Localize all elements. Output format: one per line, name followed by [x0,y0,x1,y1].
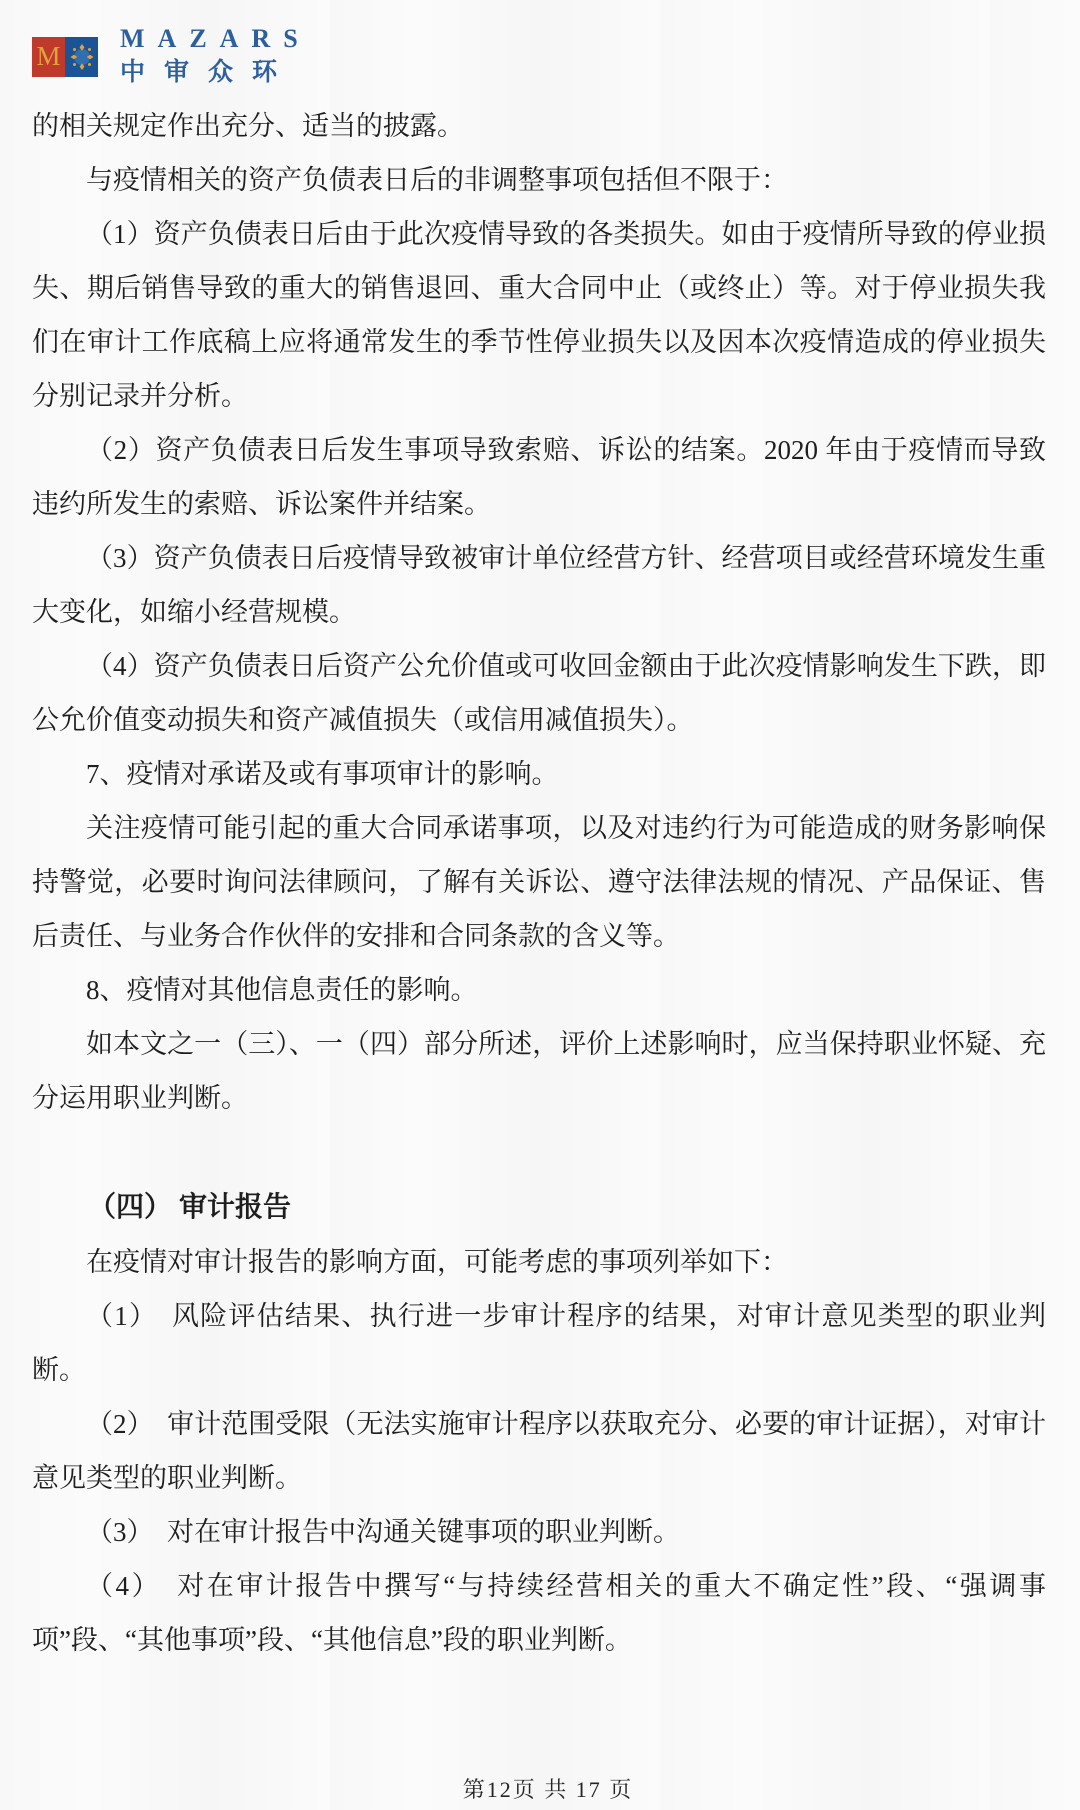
logo-m-tile: M [32,37,65,77]
paragraph: 关注疫情可能引起的重大合同承诺事项，以及对违约行为可能造成的财务影响保持警觉，必… [32,801,1046,963]
brand-name-latin: MAZARS [120,26,311,52]
mazars-logo-mark-icon: M [32,37,98,77]
logo-star-icon [65,37,98,77]
paragraph: 在疫情对审计报告的影响方面，可能考虑的事项列举如下： [32,1235,1046,1289]
brand-name-cjk: 中审众环 [120,59,311,87]
paragraph: 的相关规定作出充分、适当的披露。 [32,99,1046,153]
paragraph: 与疫情相关的资产负债表日后的非调整事项包括但不限于： [32,153,1046,207]
document-body: 的相关规定作出充分、适当的披露。与疫情相关的资产负债表日后的非调整事项包括但不限… [32,99,1046,1667]
logo-m-letter: M [36,43,60,70]
paragraph-spacer [32,1125,1046,1181]
page-number: 第12页 共 17 页 [463,1773,634,1804]
brand-block: MAZARS 中审众环 [120,26,311,87]
paragraph: （2） 审计范围受限（无法实施审计程序以获取充分、必要的审计证据），对审计意见类… [32,1397,1046,1505]
document-header: M MAZARS 中审众环 [0,0,1080,87]
paragraph: （4）资产负债表日后资产公允价值或可收回金额由于此次疫情影响发生下跌，即公允价值… [32,639,1046,747]
paragraph: （2）资产负债表日后发生事项导致索赔、诉讼的结案。2020 年由于疫情而导致违约… [32,423,1046,531]
section-heading: （四） 审计报告 [32,1181,1046,1235]
paragraph: （1） 风险评估结果、执行进一步审计程序的结果，对审计意见类型的职业判断。 [32,1289,1046,1397]
paragraph: （3）资产负债表日后疫情导致被审计单位经营方针、经营项目或经营环境发生重大变化，… [32,531,1046,639]
paragraph: 8、疫情对其他信息责任的影响。 [32,963,1046,1017]
mazars-logo: M MAZARS 中审众环 [32,26,1080,87]
paragraph: （1）资产负债表日后由于此次疫情导致的各类损失。如由于疫情所导致的停业损失、期后… [32,207,1046,423]
paragraph: 如本文之一（三）、一（四）部分所述，评价上述影响时，应当保持职业怀疑、充分运用职… [32,1017,1046,1125]
paragraph: （3） 对在审计报告中沟通关键事项的职业判断。 [32,1505,1046,1559]
paragraph: （4） 对在审计报告中撰写“与持续经营相关的重大不确定性”段、“强调事项”段、“… [32,1559,1046,1667]
paragraph: 7、疫情对承诺及或有事项审计的影响。 [32,747,1046,801]
document-footer: 第12页 共 17 页 [0,1773,1080,1804]
